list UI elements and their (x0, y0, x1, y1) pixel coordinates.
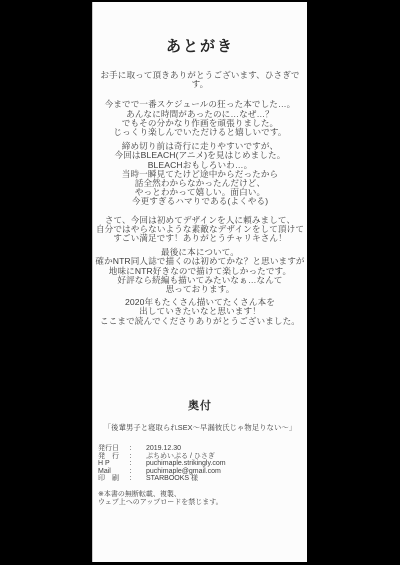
colophon-row: 発行日：2019.12.30 (98, 445, 307, 453)
colophon-row: H P：puchimaple.strikingly.com (98, 460, 307, 468)
colophon-value: puchimaple.strikingly.com (146, 460, 307, 468)
colophon-value: STARBOOKS 様 (146, 475, 307, 483)
colophon-separator: ： (129, 468, 146, 476)
afterword-line: すごい満足です！ありがとうチャリキさん！ (93, 234, 307, 243)
colophon-row: 発 行：ぷちめいぷる / ひさぎ (98, 453, 307, 461)
afterword-paragraph: さて、今回は初めてデザインを人に頼みまして、自分ではやらないような素敵なデザイン… (93, 216, 307, 244)
letterbox-background: { "scan": { "background_color": "#000000… (0, 0, 400, 565)
notice-line: ウェブ上へのアップロードを禁じます。 (98, 499, 307, 507)
colophon-label: 発行日 (98, 445, 129, 453)
colophon-heading: 奥付 (93, 400, 307, 413)
colophon-label: 発 行 (98, 453, 129, 461)
notice-line: ※本書の無断転載、複製、 (98, 491, 307, 499)
colophon-label: 印 刷 (98, 475, 129, 483)
afterword-paragraph: 今までで一番スケジュールの狂った本でした…。あんなに時間があったのに…なぜ…？で… (93, 100, 307, 137)
afterword-paragraphs: お手に取って頂きありがとうございます、ひさぎです。今までで一番スケジュールの狂っ… (93, 71, 307, 326)
colophon-value: 2019.12.30 (146, 445, 307, 453)
colophon-table: 発行日：2019.12.30発 行：ぷちめいぷる / ひさぎH P：puchim… (93, 445, 307, 483)
copyright-notice: ※本書の無断転載、複製、ウェブ上へのアップロードを禁じます。 (93, 491, 307, 507)
afterword-paragraph: 2020年もたくさん描いてたくさん本を出していきたいなと思います！ここまで読んで… (93, 298, 307, 326)
colophon-section: 奥付 「後輩男子と寝取られSEX～早漏彼氏じゃ物足りない～」 発行日：2019.… (93, 400, 307, 507)
colophon-separator: ： (129, 475, 146, 483)
afterword-line: ここまで読んでくださりありがとうございました。 (93, 317, 307, 326)
colophon-book-title: 「後輩男子と寝取られSEX～早漏彼氏じゃ物足りない～」 (93, 424, 307, 432)
colophon-value: ぷちめいぷる / ひさぎ (146, 453, 307, 461)
afterword-paragraph: 締め切り前は奇行に走りやすいですが、今回はBLEACH(アニメ)を見はじめました… (93, 142, 307, 206)
afterword-line: お手に取って頂きありがとうございます、ひさぎです。 (93, 71, 307, 89)
colophon-separator: ： (129, 453, 146, 461)
afterword-line: 思っております。 (93, 285, 307, 294)
colophon-row: 印 刷：STARBOOKS 様 (98, 475, 307, 483)
afterword-line: 今更すぎるハマりである(よくやる) (93, 197, 307, 206)
afterword-paragraph: 最後に本について。確かNTR同人誌で描くのは初めてかな？と思いますが地味にNTR… (93, 248, 307, 294)
colophon-label: H P (98, 460, 129, 468)
colophon-separator: ： (129, 460, 146, 468)
afterword-section: あとがき お手に取って頂きありがとうございます、ひさぎです。今までで一番スケジュ… (93, 38, 307, 326)
afterword-heading: あとがき (93, 38, 307, 56)
afterword-paragraph: お手に取って頂きありがとうございます、ひさぎです。 (93, 71, 307, 89)
colophon-row: Mail：puchimaple@gmail.com (98, 468, 307, 476)
colophon-separator: ： (129, 445, 146, 453)
afterword-line: じっくり楽しんでいただけると嬉しいです。 (93, 128, 307, 137)
doujin-page: あとがき お手に取って頂きありがとうございます、ひさぎです。今までで一番スケジュ… (92, 2, 307, 562)
